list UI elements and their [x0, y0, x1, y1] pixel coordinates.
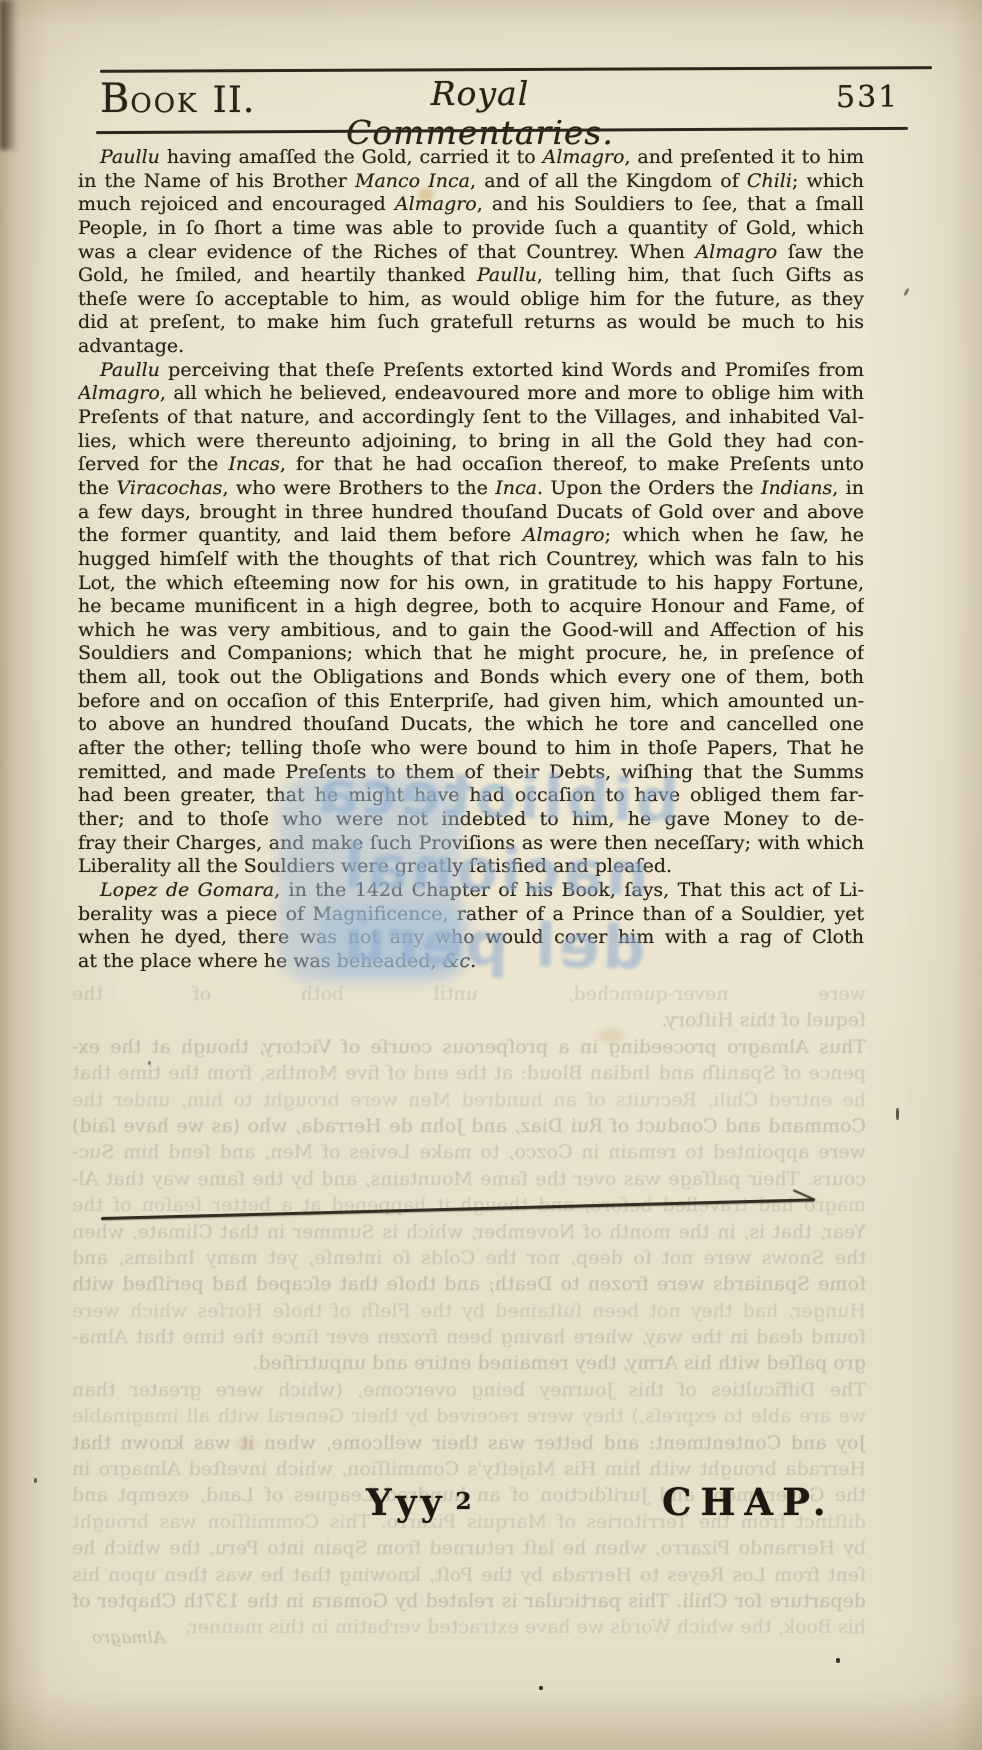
signature-mark: Yyy2 — [366, 1482, 476, 1524]
text-line: after the other; telling thoſe who were … — [78, 737, 864, 761]
bleedthrough-line: departure for Chili. This particular is … — [72, 1588, 866, 1614]
text-line: much rejoiced and encouraged Almagro, an… — [78, 193, 864, 217]
text-line: before and on occaſion of this Enterpriſ… — [78, 690, 864, 714]
bleedthrough-text-block: were never-quenched, until both of theſe… — [72, 981, 866, 1641]
text-line: lies, which were thereunto adjoining, to… — [78, 430, 864, 454]
library-stamp-showthrough: biblioteca nacional del perú — [232, 753, 758, 989]
book-numeral: II. — [212, 80, 255, 121]
text-line: hugged himſelf with the thoughts of that… — [78, 548, 864, 572]
text-line: Paullu perceiving that theſe Preſents ex… — [78, 359, 864, 383]
text-line: Paullu having amaſſed the Gold, carried … — [78, 146, 864, 170]
text-line: the former quantity, and laid them befor… — [78, 524, 864, 548]
text-line: ſerved for the Incas, for that he had oc… — [78, 453, 864, 477]
text-line: advantage. — [78, 335, 864, 359]
bleedthrough-line: his Book, the which Words we have extrac… — [72, 1614, 866, 1640]
text-line: Lot, the which eſteeming now for his own… — [78, 572, 864, 596]
bleedthrough-line: Hunger, had they not been ſuſtained by t… — [72, 1298, 866, 1324]
scan-corner-shadow — [0, 0, 18, 150]
text-line: Souldiers and Companions; which that he … — [78, 642, 864, 666]
text-line: did at preſent, to make him ſuch gratefu… — [78, 311, 864, 335]
bleedthrough-line: Thus Almagro proceeding in a proſperous … — [72, 1034, 866, 1060]
text-line: them all, took out the Obligations and B… — [78, 666, 864, 690]
paper-speck — [896, 1108, 899, 1120]
text-line: in the Name of his Brother Manco Inca, a… — [78, 170, 864, 194]
bleedthrough-line: pence of Spaniſh and Indian Bloud: at th… — [72, 1060, 866, 1086]
bleedthrough-line: gro paſſed with his Army, they remained … — [72, 1350, 866, 1376]
bleedthrough-line: Year, that is, in the month of November,… — [72, 1219, 866, 1245]
text-line: Preſents of that nature, and accordingly… — [78, 406, 864, 430]
paper-speck — [903, 288, 909, 296]
stamp-line: biblioteca — [236, 753, 758, 841]
text-line: Almagro, all which he believed, endeavou… — [78, 382, 864, 406]
text-line: a few days, brought in three hundred tho… — [78, 501, 864, 525]
bleedthrough-line: were appointed to remain in Cozco, to ma… — [72, 1139, 866, 1165]
text-line: Gold, he ſmiled, and heartily thanked Pa… — [78, 264, 864, 288]
paper-stain — [236, 1438, 256, 1450]
bleedthrough-line: he entred Chili, Recruits of an hundred … — [72, 1087, 866, 1113]
book-label-rest: OOK — [130, 89, 198, 119]
bleedthrough-line: we are able to expreſs,) they were recei… — [72, 1403, 866, 1429]
bleedthrough-line: cours. Their paſſage was over the ſame M… — [72, 1166, 866, 1192]
paper-stain — [598, 1028, 624, 1043]
bleedthrough-line: by Hernando Pizarro, when he laſt return… — [72, 1535, 866, 1561]
text-line: theſe were ſo acceptable to him, as woul… — [78, 288, 864, 312]
header-book-label: BOOKII. — [100, 76, 255, 122]
bleedthrough-line: ſent from Los Reyes to Herrada by the Po… — [72, 1562, 866, 1588]
top-rule — [100, 66, 932, 73]
paper-speck — [34, 1478, 37, 1483]
bleedthrough-line: found dead in the way, where having been… — [72, 1324, 866, 1350]
signature-number: 2 — [456, 1488, 476, 1515]
text-line: to above an hundred thouſand Ducats, the… — [78, 713, 864, 737]
paper-speck — [148, 1061, 151, 1065]
paper-speck — [836, 1658, 840, 1663]
bleedthrough-line: ſequel of this Hiſtory. — [72, 1007, 866, 1033]
book-label-initial: B — [100, 76, 130, 122]
text-line: the Viracochas, who were Brothers to the… — [78, 477, 864, 501]
running-title: Royal Commentaries. — [300, 74, 660, 152]
paper-speck — [539, 1686, 543, 1690]
bleedthrough-line: Joy and Contentment: and better was thei… — [72, 1430, 866, 1456]
text-line: People, in ſo ſhort a time was able to p… — [78, 217, 864, 241]
stamp-line: nacional — [234, 827, 756, 915]
bleedthrough-line: Command and Conduct of Rui Diaz, and Joh… — [72, 1113, 866, 1139]
text-line: was a clear evidence of the Riches of th… — [78, 241, 864, 265]
page-number: 531 — [836, 80, 899, 115]
stamp-line: del perú — [232, 901, 754, 989]
text-line: which he was very ambitious, and to gain… — [78, 619, 864, 643]
text-line: he became munificent in a high degree, b… — [78, 595, 864, 619]
bleedthrough-line: The Difficulties of this Journey being o… — [72, 1377, 866, 1403]
bleedthrough-line: the Snows were not ſo deep, nor the Cold… — [72, 1245, 866, 1271]
bleedthrough-line: Herrada brought with him His Majeſty's C… — [72, 1456, 866, 1482]
catchword: CHAP. — [662, 1480, 835, 1524]
book-page-scan: BOOKII. Royal Commentaries. 531 Paullu h… — [0, 0, 982, 1750]
bleedthrough-marginal-word: Almagro — [92, 1628, 165, 1648]
paper-stain — [418, 188, 434, 201]
signature-text: Yyy — [366, 1482, 446, 1524]
bleedthrough-line: ſome Spaniards were frozen to Death; and… — [72, 1271, 866, 1297]
